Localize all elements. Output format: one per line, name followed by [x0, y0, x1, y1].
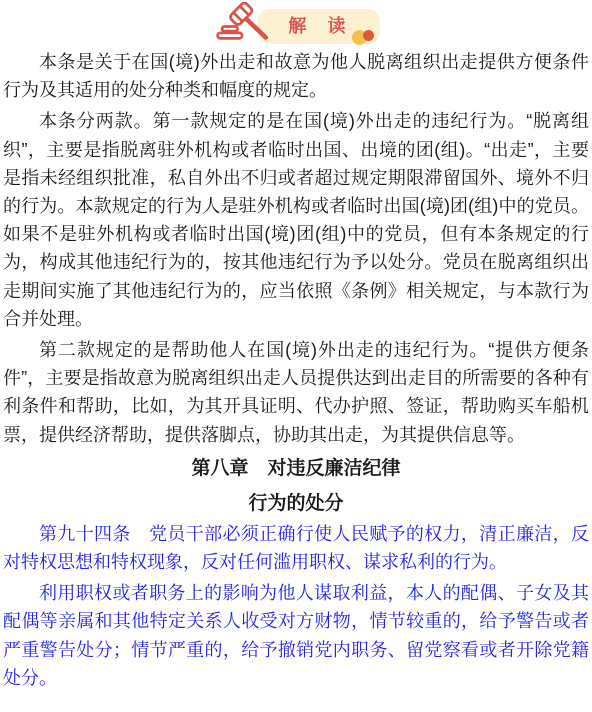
- section-badge-label: 解 读: [288, 16, 353, 36]
- section-header: 解 读: [3, 0, 589, 44]
- section-badge: 解 读: [258, 9, 379, 44]
- document-page: 解 读 本条是关于在国(境)外出走和故意为他人脱离组织出走提供方便条件行为及其适…: [0, 0, 592, 712]
- gavel-icon: [212, 2, 274, 42]
- paragraph-clause-one-analysis: 本条分两款。第一款规定的是在国(境)外出走的违纪行为。“脱离组织”，主要是指脱离…: [3, 107, 589, 333]
- paragraph-scope-of-article: 本条是关于在国(境)外出走和故意为他人脱离组织出走提供方便条件行为及其适用的处分…: [3, 48, 589, 104]
- paragraph-clause-two-analysis: 第二款规定的是帮助他人在国(境)外出走的违纪行为。“提供方便条件”，主要是指故意…: [3, 336, 589, 449]
- paragraph-article-94: 第九十四条 党员干部必须正确行使人民赋予的权力，清正廉洁，反对特权思想和特权现象…: [3, 520, 589, 576]
- chapter-heading-line1: 第八章 对违反廉洁纪律: [3, 452, 589, 485]
- chapter-heading-line2: 行为的处分: [3, 487, 589, 520]
- paragraph-article-94-sanctions: 利用职权或者职务上的影响为他人谋取利益，本人的配偶、子女及其配偶等亲属和其他特定…: [3, 579, 589, 692]
- badge-orange-dot-decoration: [363, 30, 374, 41]
